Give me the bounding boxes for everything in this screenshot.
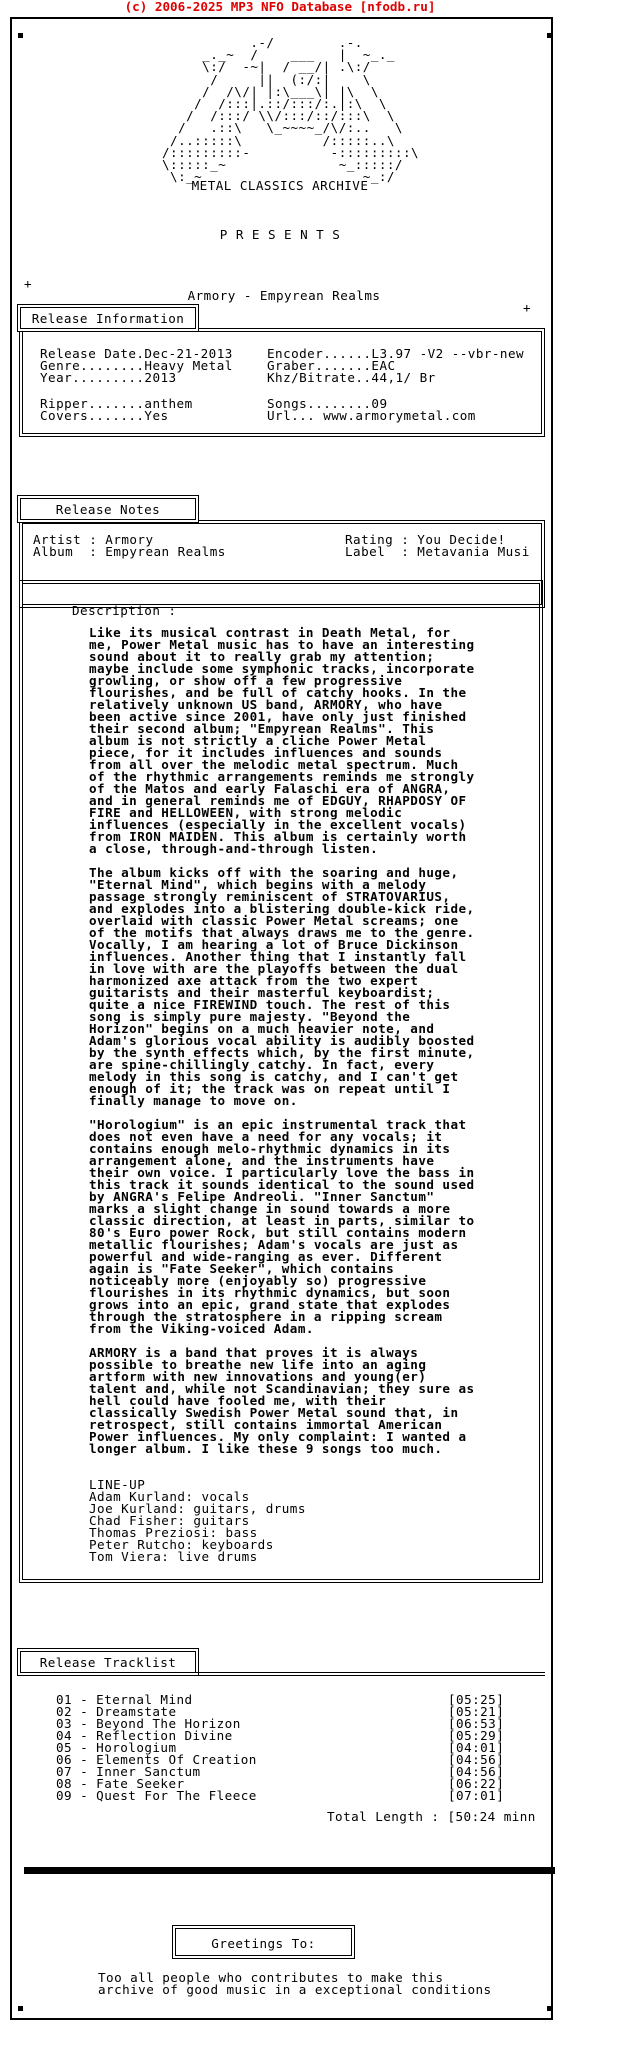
release-info-left-column: Release Date.Dec-21-2013Genre........Hea… <box>40 348 233 422</box>
greetings-box: Greetings To: <box>172 1925 355 1959</box>
release-info-tab-label: Release Information <box>21 313 195 325</box>
section-divider <box>24 1867 555 1874</box>
description-text: Like its musical contrast in Death Metal… <box>89 627 475 1563</box>
lineup-section: LINE-UPAdam Kurland: vocalsJoe Kurland: … <box>89 1479 475 1563</box>
greetings-text: Too all people who contributes to make t… <box>98 1972 492 1996</box>
tracklist-tab-label: Release Tracklist <box>21 1657 195 1669</box>
corner-dot-top-left <box>18 33 23 38</box>
description-heading: Description : <box>72 605 176 617</box>
lineup-member: Tom Viera: live drums <box>89 1551 475 1563</box>
release-notes-tab: Release Notes <box>17 495 199 523</box>
ascii-logo: .-/ .-. _._~ / ___ | ~_._ \:/ -~| / __/|… <box>162 37 419 183</box>
track-duration: [07:01] <box>448 1790 504 1802</box>
tracklist-tab: Release Tracklist <box>17 1648 199 1676</box>
album-line: Album : Empyrean Realms <box>33 546 226 558</box>
info-label: Url... <box>267 408 323 423</box>
release-title: Armory - Empyrean Realms <box>24 290 544 302</box>
info-value: www.armorymetal.com <box>323 408 476 423</box>
info-label: Covers....... <box>40 408 144 423</box>
description-line: a close, through-and-through listen. <box>89 843 475 855</box>
description-paragraph: "Horologium" is an epic instrumental tra… <box>89 1119 475 1335</box>
title-marker-right: + <box>523 302 531 314</box>
description-line: longer album. I like these 9 songs too m… <box>89 1443 475 1455</box>
release-info-right-column: Encoder......L3.97 -V2 --vbr-newGraber..… <box>267 348 524 422</box>
info-row: Covers.......Yes <box>40 410 233 422</box>
description-paragraph: Like its musical contrast in Death Metal… <box>89 627 475 855</box>
tracklist-rule <box>196 1672 545 1676</box>
logo-caption: METAL CLASSICS ARCHIVE <box>0 180 560 192</box>
description-paragraph: The album kicks off with the soaring and… <box>89 867 475 1107</box>
info-label: Year......... <box>40 370 144 385</box>
tracklist: 01 - Eternal Mind[05:25]02 - Dreamstate[… <box>56 1694 516 1802</box>
greetings-label: Greetings To: <box>176 1938 351 1950</box>
info-row: Url... www.armorymetal.com <box>267 410 524 422</box>
total-length: Total Length : [50:24 minn <box>327 1811 536 1823</box>
label-line: Label : Metavania Musi <box>345 546 530 558</box>
description-line: finally manage to move on. <box>89 1095 475 1107</box>
corner-dot-bottom-right <box>547 2006 552 2011</box>
greetings-line: archive of good music in a exceptional c… <box>98 1984 492 1996</box>
track-title: 09 - Quest For The Fleece <box>56 1788 257 1803</box>
info-value: 2013 <box>144 370 176 385</box>
info-label: Khz/Bitrate.. <box>267 370 371 385</box>
track-row: 09 - Quest For The Fleece[07:01] <box>56 1790 516 1802</box>
corner-dot-bottom-left <box>18 2006 23 2011</box>
info-value: 44,1/ Br <box>371 370 435 385</box>
description-paragraph: ARMORY is a band that proves it is alway… <box>89 1347 475 1455</box>
corner-dot-top-right <box>547 33 552 38</box>
info-row: Year.........2013 <box>40 372 233 384</box>
copyright-banner: (c) 2006-2025 MP3 NFO Database [nfodb.ru… <box>0 0 560 13</box>
presents-heading: P R E S E N T S <box>0 229 560 241</box>
release-notes-tab-label: Release Notes <box>21 504 195 516</box>
info-row: Khz/Bitrate..44,1/ Br <box>267 372 524 384</box>
release-info-tab: Release Information <box>17 304 199 332</box>
description-line: from the Viking-voiced Adam. <box>89 1323 475 1335</box>
info-value: Yes <box>144 408 168 423</box>
title-marker-left: + <box>24 278 32 290</box>
